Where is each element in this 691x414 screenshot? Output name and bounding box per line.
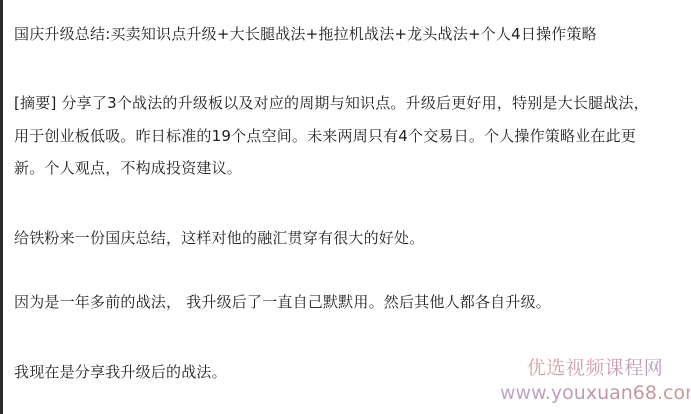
paragraph-1: 给铁粉来一份国庆总结，这样对他的融汇贯穿有很大的好处。 bbox=[14, 228, 424, 248]
document-title: 国庆升级总结:买卖知识点升级+大长腿战法+拖拉机战法+龙头战法+个人4日操作策略 bbox=[14, 24, 597, 44]
paragraph-2: 因为是一年多前的战法， 我升级后了一直自己默默用。然后其他人都各自升级。 bbox=[14, 292, 551, 312]
summary-line-1: [摘要] 分享了3个战法的升级板以及对应的周期与知识点。升级后更好用，特别是大长… bbox=[14, 93, 649, 113]
summary-line-3: 新。个人观点，不构成投资建议。 bbox=[14, 158, 242, 178]
site-watermark: 优选视频课程网 www.youxuan68.com bbox=[500, 357, 690, 405]
summary-line-2: 用于创业板低吸。昨日标准的19个点空间。未来两周只有4个交易日。个人操作策略业在… bbox=[14, 126, 636, 146]
window-left-edge bbox=[0, 0, 3, 414]
watermark-site-name: 优选视频课程网 bbox=[500, 357, 690, 379]
watermark-url: www.youxuan68.com bbox=[500, 381, 690, 405]
paragraph-3: 我现在是分享我升级后的战法。 bbox=[14, 362, 227, 382]
